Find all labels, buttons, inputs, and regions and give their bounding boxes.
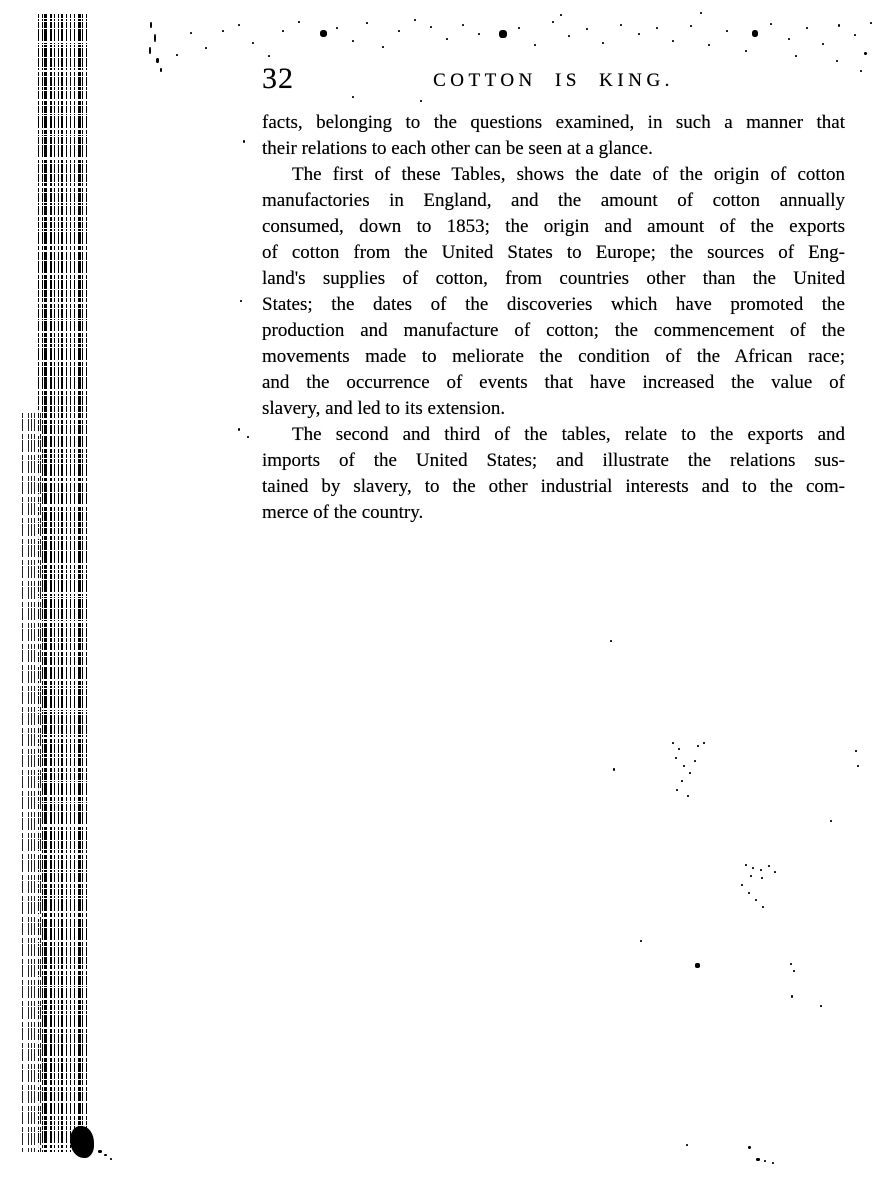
noise-speck <box>774 871 776 873</box>
noise-speck <box>770 23 772 25</box>
noise-speck <box>694 760 696 762</box>
running-title: COTTON IS KING. <box>262 69 845 93</box>
noise-speck <box>768 865 770 867</box>
noise-speck <box>855 750 857 752</box>
text-line: of cotton from the United States to Euro… <box>262 240 845 266</box>
noise-speck <box>864 52 867 55</box>
noise-speck <box>156 58 159 63</box>
noise-speck <box>499 30 507 38</box>
noise-speck <box>247 436 249 438</box>
noise-speck <box>190 32 192 34</box>
noise-speck <box>681 780 683 782</box>
noise-speck <box>610 640 612 642</box>
noise-speck <box>672 40 674 42</box>
noise-speck <box>154 34 156 42</box>
noise-speck <box>756 1158 760 1161</box>
noise-speck <box>352 40 354 42</box>
noise-speck <box>238 428 240 431</box>
noise-speck <box>462 24 464 26</box>
noise-speck <box>414 19 416 21</box>
noise-speck <box>741 884 743 886</box>
noise-speck <box>689 772 691 774</box>
noise-speck <box>703 742 705 744</box>
text-line: consumed, down to 1853; the origin and a… <box>262 214 845 240</box>
noise-speck <box>761 877 763 879</box>
noise-speck <box>336 27 338 29</box>
noise-speck <box>222 30 224 32</box>
noise-speck <box>764 1160 766 1162</box>
noise-speck <box>446 38 448 40</box>
noise-speck <box>836 60 838 62</box>
noise-speck <box>726 30 728 32</box>
noise-speck <box>793 970 795 972</box>
noise-speck <box>638 33 640 35</box>
noise-speck <box>820 1005 822 1007</box>
noise-speck <box>791 995 793 998</box>
noise-speck <box>772 1162 774 1164</box>
noise-speck <box>656 27 658 29</box>
text-line: slavery, and led to its extension. <box>262 396 845 422</box>
text-line: The first of these Tables, shows the dat… <box>262 162 845 188</box>
noise-speck <box>602 42 604 44</box>
noise-speck <box>252 42 254 44</box>
noise-speck <box>149 47 151 54</box>
noise-speck <box>518 27 520 29</box>
noise-speck <box>755 899 757 901</box>
noise-speck <box>398 30 400 32</box>
paragraph: The first of these Tables, shows the dat… <box>262 162 845 422</box>
ink-blob-artifact <box>70 1126 94 1158</box>
noise-speck <box>98 1150 102 1153</box>
noise-speck <box>613 768 615 771</box>
noise-speck <box>683 765 685 767</box>
text-line: imports of the United States; and illust… <box>262 448 845 474</box>
noise-speck <box>854 34 856 36</box>
paragraph: facts, belonging to the questions examin… <box>262 110 845 162</box>
noise-speck <box>672 742 674 744</box>
noise-speck <box>795 55 797 57</box>
noise-speck <box>788 38 790 40</box>
noise-speck <box>478 33 480 35</box>
noise-speck <box>752 30 758 37</box>
noise-speck <box>697 745 699 747</box>
noise-speck <box>420 100 422 102</box>
running-head: 32 COTTON IS KING. <box>262 63 845 97</box>
text-line: The second and third of the tables, rela… <box>262 422 845 448</box>
noise-speck <box>750 875 752 877</box>
noise-speck <box>690 25 692 27</box>
noise-speck <box>708 44 710 46</box>
noise-speck <box>205 47 207 49</box>
noise-speck <box>752 867 754 869</box>
text-line: manufactories in England, and the amount… <box>262 188 845 214</box>
text-line: movements made to meliorate the conditio… <box>262 344 845 370</box>
binding-streak-fringe <box>22 410 42 1152</box>
noise-speck <box>675 757 677 759</box>
noise-speck <box>110 1158 112 1160</box>
noise-speck <box>160 68 162 72</box>
noise-speck <box>838 24 840 27</box>
binding-streak-artifact <box>38 12 90 1152</box>
noise-speck <box>366 22 368 24</box>
text-line: production and manufacture of cotton; th… <box>262 318 845 344</box>
noise-speck <box>150 22 152 28</box>
text-line: and the occurrence of events that have i… <box>262 370 845 396</box>
text-line: States; the dates of the discoveries whi… <box>262 292 845 318</box>
noise-speck <box>298 21 300 23</box>
noise-speck <box>806 27 808 29</box>
noise-speck <box>860 70 862 72</box>
text-line: facts, belonging to the questions examin… <box>262 110 845 136</box>
noise-speck <box>870 22 872 24</box>
noise-speck <box>282 30 284 32</box>
noise-speck <box>760 869 762 871</box>
noise-speck <box>238 24 240 26</box>
noise-speck <box>687 795 689 797</box>
text-line: merce of the country. <box>262 500 845 526</box>
noise-speck <box>620 24 622 26</box>
noise-speck <box>243 140 245 143</box>
noise-speck <box>748 1146 751 1149</box>
noise-speck <box>568 35 570 37</box>
noise-speck <box>745 50 747 52</box>
text-line: tained by slavery, to the other industri… <box>262 474 845 500</box>
noise-speck <box>268 55 270 57</box>
noise-speck <box>104 1154 107 1156</box>
noise-speck <box>686 1144 688 1146</box>
noise-speck <box>430 26 432 28</box>
noise-speck <box>748 892 750 894</box>
noise-speck <box>176 54 178 56</box>
noise-speck <box>857 765 859 767</box>
noise-speck <box>678 748 680 750</box>
page-body-text: facts, belonging to the questions examin… <box>262 110 845 526</box>
noise-speck <box>640 940 642 942</box>
noise-speck <box>534 44 536 46</box>
text-line: their relations to each other can be see… <box>262 136 845 162</box>
noise-speck <box>382 46 384 48</box>
noise-speck <box>586 28 588 30</box>
noise-speck <box>695 963 700 968</box>
noise-speck <box>745 864 747 866</box>
paragraph: The second and third of the tables, rela… <box>262 422 845 526</box>
scanned-book-page: 32 COTTON IS KING. facts, belonging to t… <box>0 0 880 1200</box>
noise-speck <box>560 14 562 16</box>
noise-speck <box>700 12 702 14</box>
noise-speck <box>830 820 832 822</box>
text-line: land's supplies of cotton, from countrie… <box>262 266 845 292</box>
noise-speck <box>240 300 242 302</box>
noise-speck <box>790 963 792 965</box>
noise-speck <box>552 21 554 23</box>
noise-speck <box>822 43 824 45</box>
noise-speck <box>676 789 678 791</box>
noise-speck <box>320 30 327 37</box>
noise-speck <box>762 906 764 908</box>
